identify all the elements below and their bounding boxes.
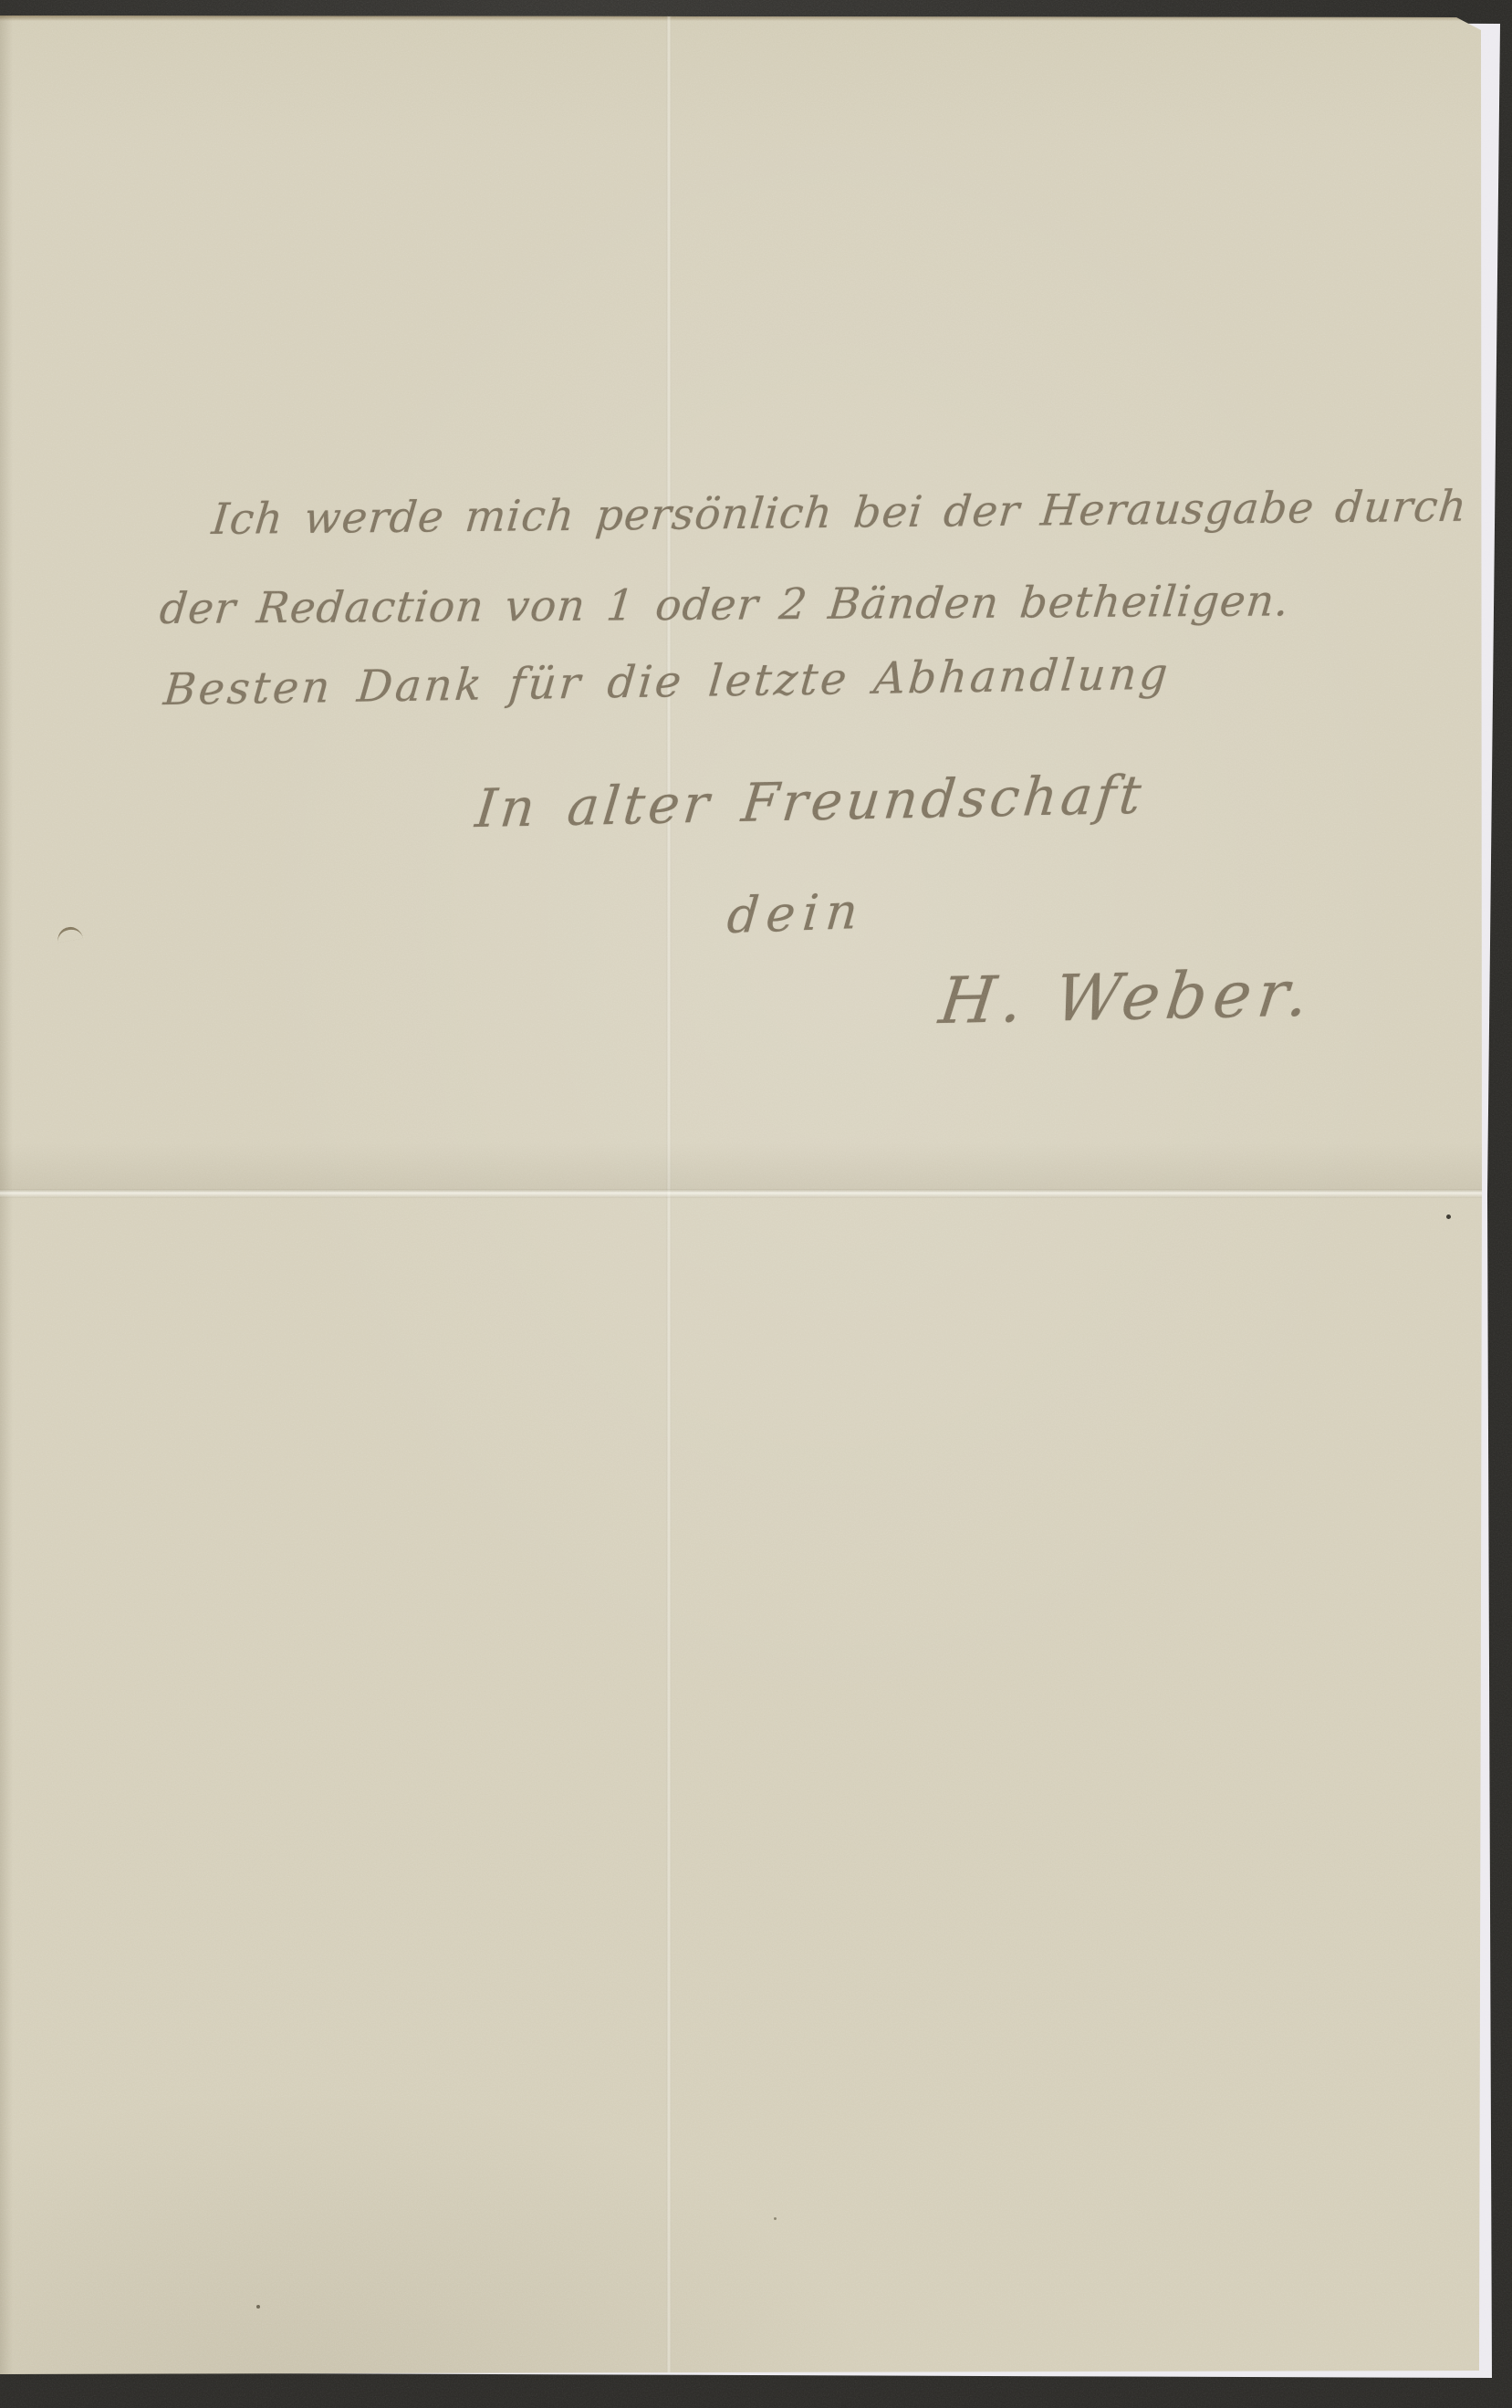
letter-page: Ich werde mich persönlich bei der Heraus… bbox=[0, 0, 1512, 2408]
handwriting-line-2: der Redaction von 1 oder 2 Bänden bethei… bbox=[158, 576, 1292, 634]
handwriting-line-1: Ich werde mich persönlich bei der Heraus… bbox=[210, 482, 1470, 545]
signature: H. Weber. bbox=[935, 955, 1319, 1038]
scan-mount-background: Ich werde mich persönlich bei der Heraus… bbox=[0, 0, 1512, 2408]
paper-top-edge-shadow bbox=[0, 16, 1482, 21]
stray-pen-mark bbox=[56, 925, 83, 943]
handwriting-line-3: Besten Dank für die letzte Abhandlung bbox=[162, 649, 1173, 715]
horizontal-fold-shadow-band bbox=[0, 1142, 1482, 1192]
horizontal-fold-crease bbox=[0, 1189, 1482, 1198]
closing-line: In alter Freundschaft bbox=[473, 764, 1147, 840]
ink-dot bbox=[1446, 1214, 1451, 1219]
valediction: dein bbox=[725, 882, 867, 944]
paper-speck bbox=[774, 2217, 777, 2220]
paper-speck bbox=[256, 2305, 260, 2309]
